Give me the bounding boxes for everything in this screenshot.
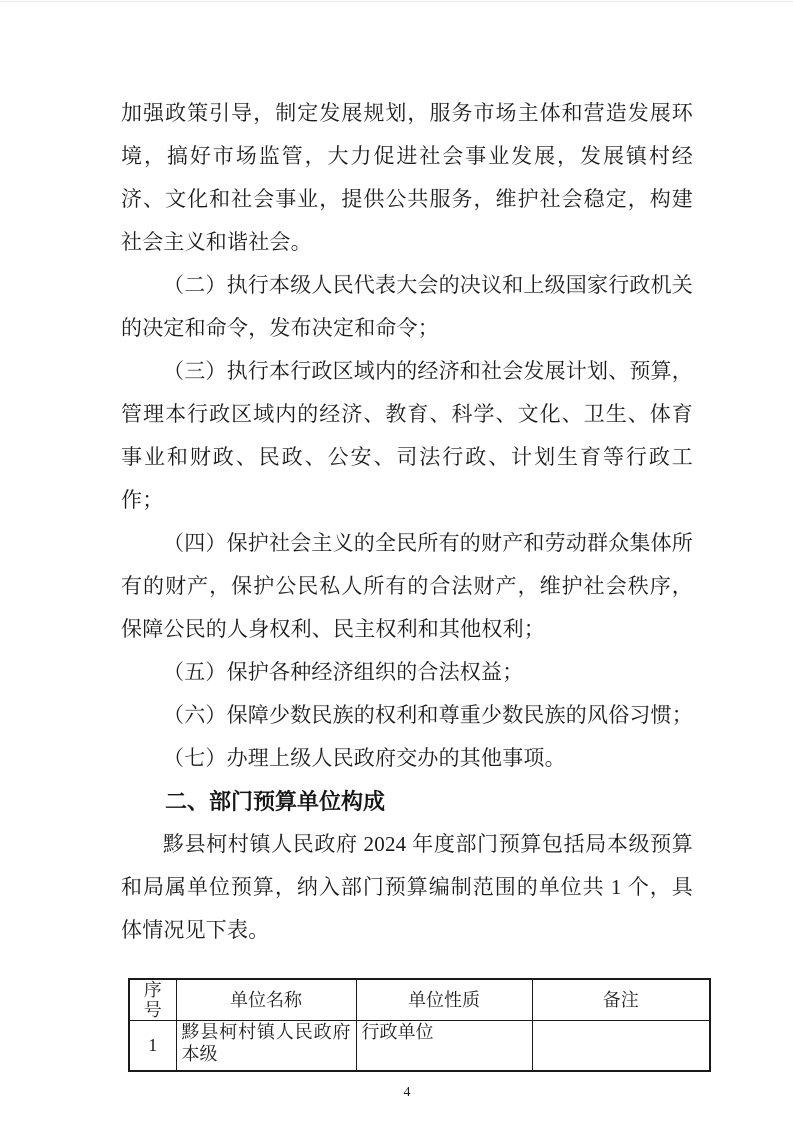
budget-units-table: 序号 单位名称 单位性质 备注 1 黟县柯村镇人民政府本级 行政单位 <box>128 978 711 1072</box>
section-heading: 二、部门预算单位构成 <box>121 780 693 823</box>
paragraph-item-5: （五）保护各种经济组织的合法权益； <box>121 651 693 694</box>
paragraph-item-7: （七）办理上级人民政府交办的其他事项。 <box>121 737 693 780</box>
table-header-seq: 序号 <box>129 979 176 1021</box>
paragraph-continuation: 加强政策引导，制定发展规划，服务市场主体和营造发展环境，搞好市场监管，大力促进社… <box>121 92 693 264</box>
page-content: 加强政策引导，制定发展规划，服务市场主体和营造发展环境，搞好市场监管，大力促进社… <box>121 92 693 1101</box>
paragraph-item-3: （三）执行本行政区域内的经济和社会发展计划、预算，管理本行政区域内的经济、教育、… <box>121 350 693 522</box>
document-page: 加强政策引导，制定发展规划，服务市场主体和营造发展环境，搞好市场监管，大力促进社… <box>0 0 793 1122</box>
table-header-unit-name: 单位名称 <box>176 979 356 1021</box>
cell-unit-nature: 行政单位 <box>356 1021 532 1071</box>
table-header-note: 备注 <box>532 979 710 1021</box>
cell-seq: 1 <box>129 1021 176 1071</box>
section-intro-paragraph: 黟县柯村镇人民政府 2024 年度部门预算包括局本级预算和局属单位预算，纳入部门… <box>121 823 693 952</box>
paragraph-item-4: （四）保护社会主义的全民所有的财产和劳动群众集体所有的财产，保护公民私人所有的合… <box>121 522 693 651</box>
table-header-unit-nature: 单位性质 <box>356 979 532 1021</box>
table-row: 1 黟县柯村镇人民政府本级 行政单位 <box>129 1021 710 1071</box>
cell-unit-name: 黟县柯村镇人民政府本级 <box>176 1021 356 1071</box>
page-top-edge <box>0 1 793 2</box>
paragraph-item-2: （二）执行本级人民代表大会的决议和上级国家行政机关的决定和命令，发布决定和命令； <box>121 264 693 350</box>
cell-note <box>532 1021 710 1071</box>
page-number: 4 <box>121 1085 693 1101</box>
table-header-row: 序号 单位名称 单位性质 备注 <box>129 979 710 1021</box>
paragraph-item-6: （六）保障少数民族的权利和尊重少数民族的风俗习惯； <box>121 694 693 737</box>
